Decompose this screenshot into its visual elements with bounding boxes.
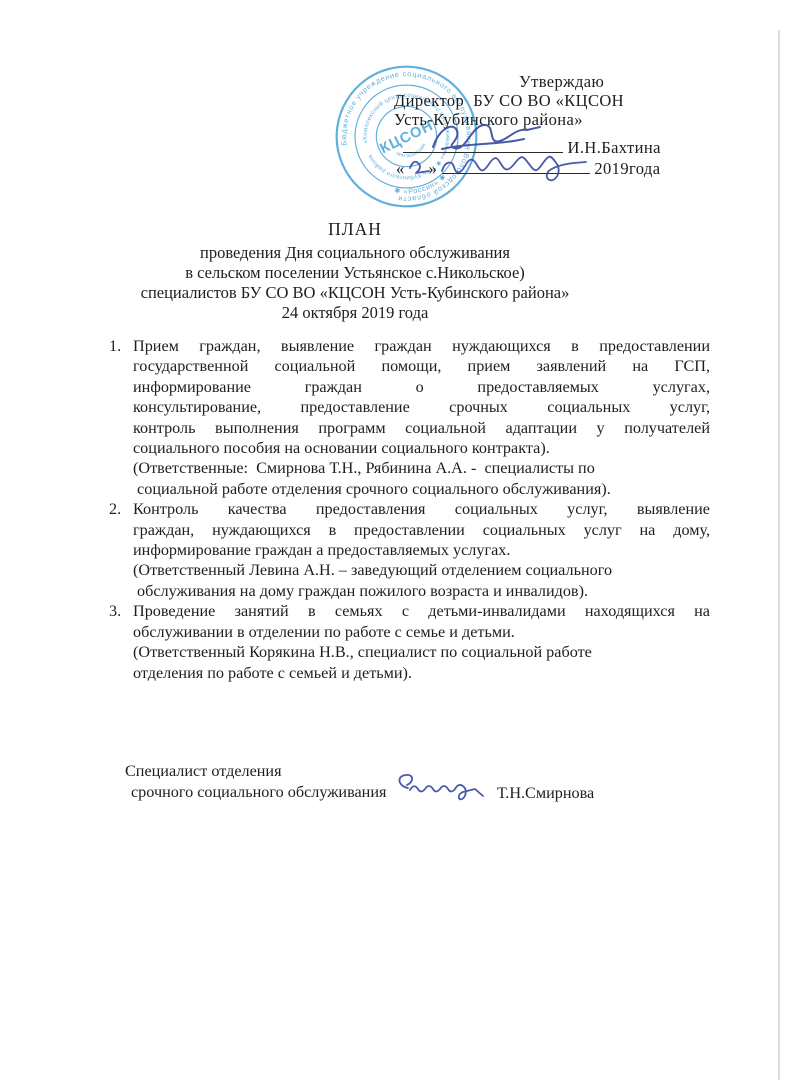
item-line: Прием граждан, выявление граждан нуждающ… (133, 336, 710, 356)
item-line: Контроль качества предоставления социаль… (133, 499, 710, 519)
item-line: (Ответственный Корякина Н.В., специалист… (133, 642, 710, 662)
title-line: в сельском поселении Устьянское с.Николь… (95, 263, 615, 283)
footer-signatory-name: Т.Н.Смирнова (497, 784, 594, 803)
item-line: обслуживания на дому граждан пожилого во… (133, 581, 710, 601)
approval-word: Утверждаю (519, 72, 604, 92)
plan-item: 3.Проведение занятий в семьях с детьми-и… (107, 601, 710, 683)
title-line: проведения Дня социального обслуживания (95, 243, 615, 263)
approval-director-line1: Директор БУ СО ВО «КЦСОН (394, 91, 624, 111)
footer-position-line1: Специалист отделения (125, 762, 282, 781)
date-year: 2019года (594, 159, 660, 178)
item-line: информирование граждан а предоставляемых… (133, 540, 710, 560)
item-line: контроль выполнения программ социальной … (133, 418, 710, 438)
handwritten-day (406, 155, 432, 175)
plan-item: 1.Прием граждан, выявление граждан нужда… (107, 336, 710, 499)
footer-position-line2: срочного социального обслуживания (131, 783, 386, 802)
plan-item: 2.Контроль качества предоставления социа… (107, 499, 710, 601)
document-page: Бюджетное учреждение социального обслужи… (0, 0, 785, 1080)
title-date: 24 октября 2019 года (95, 303, 615, 323)
item-line: информирование граждан о предоставляемых… (133, 377, 710, 397)
item-line: социального пособия на основании социаль… (133, 438, 710, 458)
item-line: Проведение занятий в семьях с детьми-инв… (133, 601, 710, 621)
title-line: специалистов БУ СО ВО «КЦСОН Усть-Кубинс… (95, 283, 615, 303)
handwritten-month (438, 151, 590, 183)
item-line: социальной работе отделения срочного соц… (133, 479, 710, 499)
item-number: 1. (109, 336, 121, 356)
item-line: отделения по работе с семьей и детьми). (133, 663, 710, 683)
item-line: (Ответственные: Смирнова Т.Н., Рябинина … (133, 458, 710, 478)
item-number: 2. (109, 499, 121, 519)
plan-list: 1.Прием граждан, выявление граждан нужда… (107, 336, 710, 683)
item-line: обслуживании в отделении по работе с сем… (133, 622, 710, 642)
scan-edge-artifact (778, 30, 780, 1080)
item-line: государственной социальной помощи, прием… (133, 356, 710, 376)
title-block: ПЛАН проведения Дня социального обслужив… (95, 219, 615, 323)
item-line: граждан, нуждающихся в предоставлении со… (133, 520, 710, 540)
document-title: ПЛАН (95, 219, 615, 239)
date-quote-open: « (396, 159, 405, 178)
specialist-signature-handwriting (392, 770, 494, 808)
item-line: консультирование, предоставление срочных… (133, 397, 710, 417)
item-number: 3. (109, 601, 121, 621)
item-line: (Ответственный Левина А.Н. – заведующий … (133, 560, 710, 580)
